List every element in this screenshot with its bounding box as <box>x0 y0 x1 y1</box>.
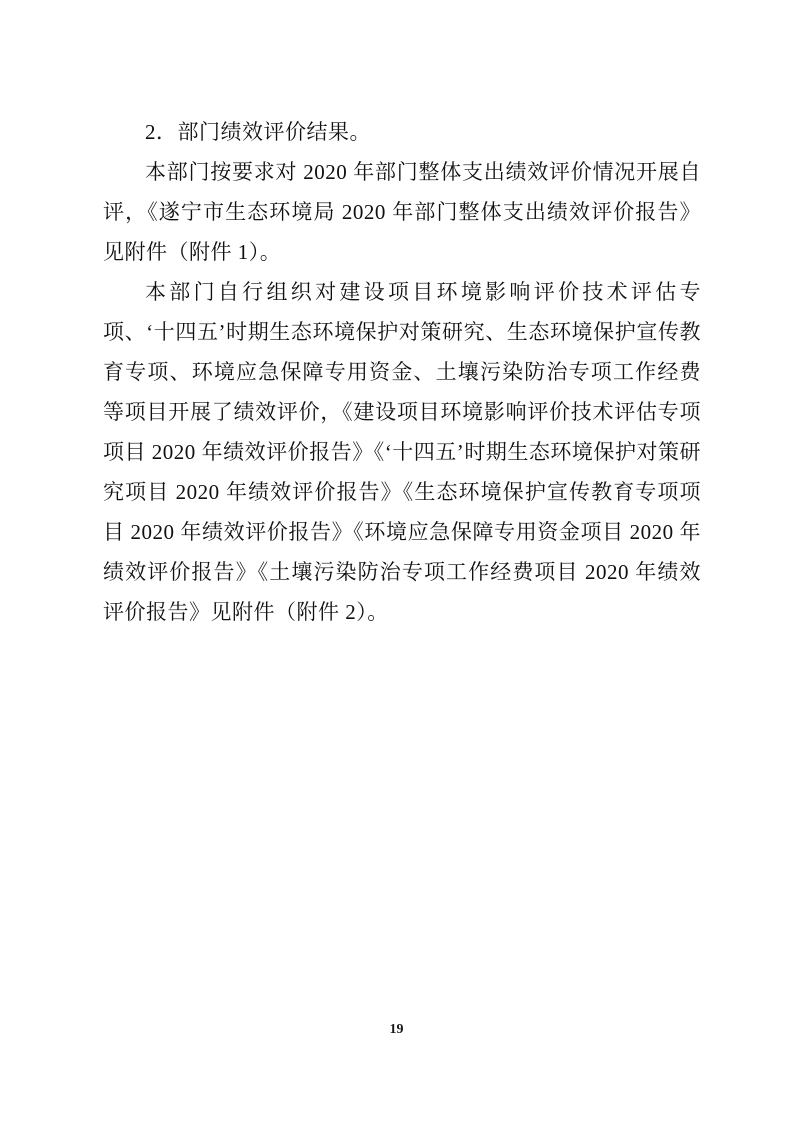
paragraph-self-evaluation: 本部门按要求对 2020 年部门整体支出绩效评价情况开展自评，《遂宁市生态环境局… <box>103 152 701 272</box>
page-number: 19 <box>0 1022 793 1038</box>
paragraph-project-evaluations: 本部门自行组织对建设项目环境影响评价技术评估专项、‘十四五’时期生态环境保护对策… <box>103 272 701 632</box>
document-page: 2．部门绩效评价结果。 本部门按要求对 2020 年部门整体支出绩效评价情况开展… <box>0 0 793 1122</box>
document-body: 2．部门绩效评价结果。 本部门按要求对 2020 年部门整体支出绩效评价情况开展… <box>103 112 701 632</box>
section-heading: 2．部门绩效评价结果。 <box>103 112 701 152</box>
